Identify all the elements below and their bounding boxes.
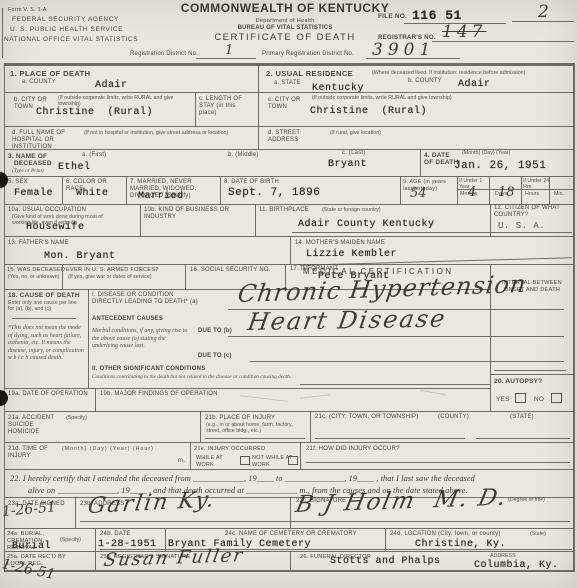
months-value: 4 xyxy=(468,185,476,200)
while-at-work-label: WHILE AT WORK xyxy=(196,455,236,469)
place-city-note: (If outside corporate limits, write RURA… xyxy=(58,95,188,107)
place-of-injury-label: 21b. PLACE OF INJURY xyxy=(205,415,275,422)
name-last-value: Bryant xyxy=(328,159,367,170)
citizen-value: U. S. A. xyxy=(498,221,545,231)
industry-label: 10b. KIND OF BUSINESS OR INDUSTRY xyxy=(144,207,244,221)
cemetery-location-state: (State) xyxy=(530,531,546,537)
reg-district-rule xyxy=(196,58,256,59)
mother-label: 14. MOTHER'S MAIDEN NAME xyxy=(295,240,385,247)
birthplace-note: (State or foreign country) xyxy=(322,207,381,213)
disease-label-1: I. DISEASE OR CONDITION xyxy=(92,292,174,299)
father-value: Mon. Bryant xyxy=(44,251,116,262)
residence-city-label: c. CITY OR TOWN xyxy=(268,97,308,111)
injury-state-label: (STATE) xyxy=(510,414,534,421)
while-at-work-checkbox xyxy=(240,456,250,465)
hours-label: Hours xyxy=(525,191,539,197)
residence-county-value: Adair xyxy=(458,79,491,90)
armed-forces-note-1: (Yes, no, or unknown) xyxy=(8,274,59,280)
morbid-note: Morbid conditions, if any, giving rise t… xyxy=(92,328,192,351)
autopsy-yes-checkbox xyxy=(515,393,526,403)
birthplace-label: 11. BIRTHPLACE xyxy=(259,207,309,214)
residence-city-note: (If outside corporate limits, write RURA… xyxy=(312,95,492,101)
sheet-number-hand: 2 xyxy=(538,2,549,22)
armed-forces-note-2: (If yes, give war or dates of service) xyxy=(68,274,178,280)
occupation-value: Housewife xyxy=(26,222,85,233)
hole-punch-top xyxy=(0,172,8,188)
reg-district-label: Registration District No. xyxy=(130,51,198,58)
due-to-c-label: DUE TO (c) xyxy=(198,353,232,360)
how-injury-label: 21f. HOW DID INJURY OCCUR? xyxy=(306,446,400,453)
agency-line-3: NATIONAL OFFICE VITAL STATISTICS xyxy=(4,36,138,43)
place-of-injury-note: (e.g., in or about home, farm, factory, … xyxy=(206,422,306,434)
residence-county-label: b. COUNTY xyxy=(408,78,442,85)
place-county-value: Adair xyxy=(95,80,128,91)
time-of-injury-label: 21d. TIME OF INJURY xyxy=(8,446,48,460)
frame-top xyxy=(4,63,574,66)
burial-value: Burial xyxy=(12,541,51,552)
sex-label: 5. SEX xyxy=(8,179,28,186)
certify-line-1: 22. I hereby certify that I attended the… xyxy=(10,475,475,482)
father-label: 13. FATHER'S NAME xyxy=(8,240,69,247)
operation-date-label: 19a. DATE OF OPERATION xyxy=(8,391,88,398)
disease-label-2: DIRECTLY LEADING TO DEATH* (a) xyxy=(92,299,198,306)
primary-reg-rule xyxy=(366,58,460,59)
faint-pencil-mark xyxy=(240,395,288,402)
accident-suicide-label: 21a. ACCIDENT SUICIDE HOMICIDE xyxy=(8,415,60,436)
name-middle-label: b. (Middle) xyxy=(228,152,259,159)
residence-state-label: a. STATE xyxy=(274,80,301,87)
antecedent-label: ANTECEDENT CAUSES xyxy=(92,316,163,323)
primary-reg-label: Primary Registration District No. xyxy=(262,51,354,58)
hospital-note: (If not in hospital or institution, give… xyxy=(84,130,249,136)
name-label-1: 3. NAME OF xyxy=(8,153,47,160)
birthplace-value: Adair County Kentucky xyxy=(298,219,435,230)
residence-state-value: Kentucky xyxy=(312,83,364,94)
death-certificate-scan: Form V. S. 1-A FEDERAL SECURITY AGENCY U… xyxy=(0,0,578,588)
name-label-2: DECEASED xyxy=(14,160,52,167)
marital-value: Married xyxy=(138,191,184,202)
street-address-note: (If rural, give location) xyxy=(330,130,381,136)
cause-a-handwriting: Chronic Hypertension xyxy=(236,270,528,308)
death-date-value: Jan. 26, 1951 xyxy=(454,160,546,172)
paper-edge-line xyxy=(2,8,3,58)
time-of-injury-mdyh: (Month) (Day) (Year) (Hour) xyxy=(62,446,154,452)
age-value: 54 xyxy=(410,186,427,201)
residence-city-value: Christine (Rural) xyxy=(310,106,427,117)
time-of-injury-m: m. xyxy=(178,458,185,465)
sheet-rule xyxy=(512,21,574,22)
place-county-label: a. COUNTY xyxy=(22,79,56,86)
mother-value: Lizzie Kembler xyxy=(306,249,397,260)
sex-value: Female xyxy=(14,188,53,199)
title-commonwealth: COMMONWEALTH OF KENTUCKY xyxy=(175,5,395,12)
name-first-label: a. (First) xyxy=(82,152,106,159)
funeral-director-value: Stotts and Phalps xyxy=(330,556,441,567)
primary-reg-hand: 3901 xyxy=(372,40,435,60)
armed-forces-label-2: EVER IN U. S. ARMED FORCES? xyxy=(66,267,159,274)
autopsy-label: 20. AUTOPSY? xyxy=(494,378,542,385)
frame-left xyxy=(4,63,5,572)
min-label: Min. xyxy=(554,191,564,197)
file-no-label: FILE NO. xyxy=(378,13,407,20)
race-value: White xyxy=(76,188,109,199)
degree-or-title-label: (Degree or title) xyxy=(508,497,545,503)
residence-title: 2. USUAL RESIDENCE xyxy=(266,70,353,77)
agency-line-1: FEDERAL SECURITY AGENCY xyxy=(12,16,119,23)
other-conditions-label: II. OTHER SIGNIFICANT CONDITIONS xyxy=(92,366,205,373)
title-certificate: CERTIFICATE OF DEATH xyxy=(195,34,375,41)
dob-value: Sept. 7, 1896 xyxy=(228,187,320,199)
form-number: Form V. S. 1-A xyxy=(8,7,47,14)
place-of-death-title: 1. PLACE OF DEATH xyxy=(10,70,90,77)
place-city-value: Christine (Rural) xyxy=(36,107,153,118)
title-bureau: BUREAU OF VITAL STATISTICS xyxy=(215,25,355,32)
hole-punch-bottom xyxy=(0,390,8,406)
under-24hr-label: If Under 24 Hrs. xyxy=(523,178,551,190)
registrar-no-rule xyxy=(432,41,574,42)
death-date-mdy: (Month) (Day) (Year) xyxy=(462,150,510,156)
faint-pencil-mark-3 xyxy=(420,390,446,395)
dob-label: 8. DATE OF BIRTH xyxy=(224,179,279,186)
cause-side-note: *This does not mean the mode of dying, s… xyxy=(8,325,84,363)
title-dept: Department of Health xyxy=(215,18,355,25)
injury-city-label: 21c. (CITY, TOWN, OR TOWNSHIP) xyxy=(315,414,418,421)
frame-right xyxy=(573,63,575,572)
autopsy-yes-label: YES xyxy=(496,396,510,403)
citizen-label: 12. CITIZEN OF WHAT COUNTRY? xyxy=(494,205,564,219)
cemetery-location-label: 24d. LOCATION (City, town, or county) xyxy=(390,531,501,538)
agency-line-2: U. S. PUBLIC HEALTH SERVICE xyxy=(10,26,123,33)
burial-date-label: 24b. DATE xyxy=(100,531,131,538)
cemetery-label: 24c. NAME OF CEMETERY OR CREMATORY xyxy=(225,531,357,538)
armed-forces-label-1: 15. WAS DECEASED xyxy=(7,267,65,274)
cause-of-death-label: 18. CAUSE OF DEATH xyxy=(8,292,86,299)
injury-county-label: (COUNTY) xyxy=(438,414,469,421)
residence-title-note: (Where deceased lived. If institution: r… xyxy=(372,70,572,76)
other-conditions-note: Conditions contributing to the death but… xyxy=(92,374,292,380)
hospital-label: d. FULL NAME OF HOSPITAL OR INSTITUTION xyxy=(12,130,82,151)
autopsy-no-checkbox xyxy=(551,393,562,403)
cause-of-death-note: Enter only one cause per line for (a), (… xyxy=(8,300,84,312)
date-signed-hand: 1-26-51 xyxy=(1,499,56,520)
occupation-label: 10a. USUAL OCCUPATION xyxy=(8,207,86,214)
registrar-signature-hand: Susan Fuller xyxy=(102,545,246,571)
due-to-b-label: DUE TO (b) xyxy=(198,328,232,335)
funeral-address-label: ADDRESS xyxy=(490,553,516,559)
injury-occurred-label: 21e. INJURY OCCURRED xyxy=(194,446,265,453)
not-while-at-work-checkbox xyxy=(288,456,298,465)
reg-district-hand: 1 xyxy=(225,43,233,58)
faint-pencil-mark-2 xyxy=(300,394,330,398)
cause-b-handwriting: Heart Disease xyxy=(246,304,449,336)
name-label-3: (Type or Print) xyxy=(12,168,44,174)
days-value: 18 xyxy=(498,185,515,200)
name-first-value: Ethel xyxy=(58,162,91,173)
ssn-label: 16. SOCIAL SECURITY NO. xyxy=(190,267,280,274)
name-last-label: c. (Last) xyxy=(342,150,365,157)
registrar-no-hand: 147 xyxy=(442,22,486,42)
autopsy-no-label: NO xyxy=(534,396,544,403)
file-no-value: 116 51 xyxy=(412,8,462,23)
burial-specify-note: (Specify) xyxy=(60,537,81,543)
operation-findings-label: 19b. MAJOR FINDINGS OF OPERATION xyxy=(100,391,218,398)
accident-specify-note: (Specify) xyxy=(66,415,87,421)
length-of-stay-label: c. LENGTH OF STAY (in this place) xyxy=(199,96,254,117)
funeral-address-value: Columbia, Ky. xyxy=(474,560,559,571)
street-address-label: d. STREET ADDRESS xyxy=(268,130,310,144)
